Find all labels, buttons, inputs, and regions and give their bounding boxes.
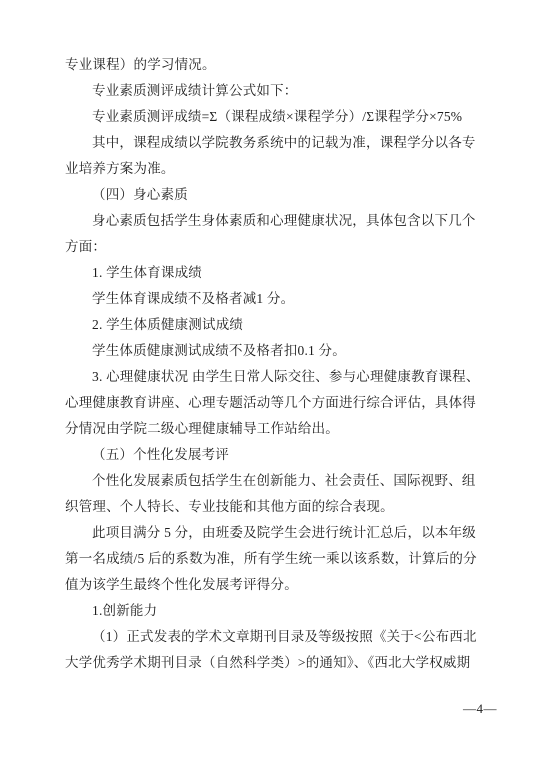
text-line: （1）正式发表的学术文章期刊目录及等级按照《关于<公布西北: [65, 624, 475, 650]
text-line: 方面：: [65, 234, 475, 260]
text-line: 身心素质包括学生身体素质和心理健康状况，具体包含以下几个: [65, 208, 475, 234]
text-line: 其中，课程成绩以学院教务系统中的记载为准，课程学分以各专: [65, 130, 475, 156]
text-line: 学生体质健康测试成绩不及格者扣0.1 分。: [65, 338, 475, 364]
text-line: 2. 学生体质健康测试成绩: [65, 312, 475, 338]
text-line: 专业课程）的学习情况。: [65, 52, 475, 78]
text-line: 3. 心理健康状况 由学生日常人际交往、参与心理健康教育课程、: [65, 364, 475, 390]
text-line: 专业素质测评成绩计算公式如下：: [65, 78, 475, 104]
text-line: 1. 学生体育课成绩: [65, 260, 475, 286]
text-line: 分情况由学院二级心理健康辅导工作站给出。: [65, 416, 475, 442]
document-body: 专业课程）的学习情况。专业素质测评成绩计算公式如下：专业素质测评成绩=Σ（课程成…: [65, 52, 475, 676]
text-line: 学生体育课成绩不及格者减1 分。: [65, 286, 475, 312]
text-line: 此项目满分 5 分，由班委及院学生会进行统计汇总后，以本年级: [65, 520, 475, 546]
text-line: 值为该学生最终个性化发展考评得分。: [65, 572, 475, 598]
text-line: 专业素质测评成绩=Σ（课程成绩×课程学分）/Σ课程学分×75%: [65, 104, 475, 130]
page-number: —4—: [463, 701, 497, 717]
text-line: 1.创新能力: [65, 598, 475, 624]
document-page: 专业课程）的学习情况。专业素质测评成绩计算公式如下：专业素质测评成绩=Σ（课程成…: [0, 0, 547, 758]
text-line: 第一名成绩/5 后的系数为准，所有学生统一乘以该系数，计算后的分: [65, 546, 475, 572]
text-line: 织管理、个人特长、专业技能和其他方面的综合表现。: [65, 494, 475, 520]
text-line: 大学优秀学术期刊目录（自然科学类）>的通知》、《西北大学权威期: [65, 650, 475, 676]
text-line: （五）个性化发展考评: [65, 442, 475, 468]
text-line: 心理健康教育讲座、心理专题活动等几个方面进行综合评估，具体得: [65, 390, 475, 416]
text-line: 业培养方案为准。: [65, 156, 475, 182]
text-line: 个性化发展素质包括学生在创新能力、社会责任、国际视野、组: [65, 468, 475, 494]
text-line: （四）身心素质: [65, 182, 475, 208]
